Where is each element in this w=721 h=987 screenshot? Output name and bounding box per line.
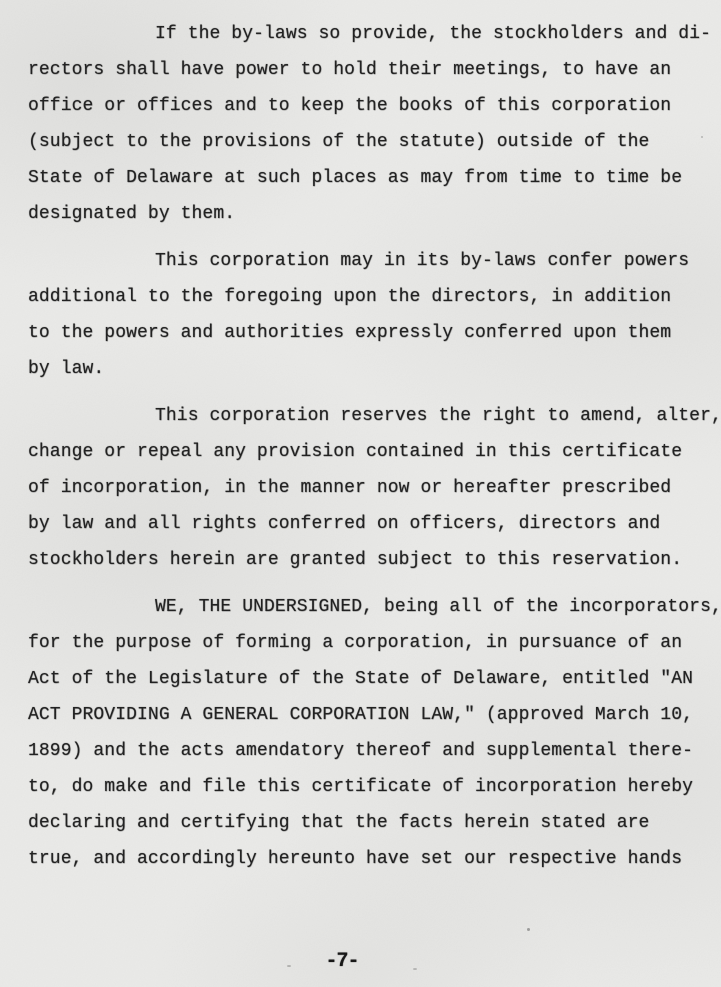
paragraph: If the by-laws so provide, the stockhold… — [28, 16, 698, 232]
text-line: of incorporation, in the manner now or h… — [28, 470, 698, 506]
text-line: ACT PROVIDING A GENERAL CORPORATION LAW,… — [28, 697, 698, 733]
text-line: designated by them. — [28, 196, 698, 232]
text-line: by law and all rights conferred on offic… — [28, 506, 698, 542]
text-line: stockholders herein are granted subject … — [28, 542, 698, 578]
text-line: 1899) and the acts amendatory thereof an… — [28, 733, 698, 769]
text-line: true, and accordingly hereunto have set … — [28, 841, 698, 877]
scan-speck — [701, 136, 703, 138]
text-line: Act of the Legislature of the State of D… — [28, 661, 698, 697]
text-line: to the powers and authorities expressly … — [28, 315, 698, 351]
text-line: State of Delaware at such places as may … — [28, 160, 698, 196]
text-line: WE, THE UNDERSIGNED, being all of the in… — [28, 589, 698, 625]
scan-speck — [527, 928, 530, 931]
text-line: office or offices and to keep the books … — [28, 88, 698, 124]
document-page: If the by-laws so provide, the stockhold… — [0, 0, 721, 987]
paragraph: This corporation may in its by-laws conf… — [28, 243, 698, 387]
text-line: rectors shall have power to hold their m… — [28, 52, 698, 88]
text-line: for the purpose of forming a corporation… — [28, 625, 698, 661]
document-body-text: If the by-laws so provide, the stockhold… — [28, 16, 698, 888]
text-line: This corporation may in its by-laws conf… — [28, 243, 698, 279]
text-line: by law. — [28, 351, 698, 387]
text-line: additional to the foregoing upon the dir… — [28, 279, 698, 315]
page-number: -7- — [0, 950, 684, 973]
text-line: to, do make and file this certificate of… — [28, 769, 698, 805]
text-line: (subject to the provisions of the statut… — [28, 124, 698, 160]
paragraph: WE, THE UNDERSIGNED, being all of the in… — [28, 589, 698, 877]
text-line: declaring and certifying that the facts … — [28, 805, 698, 841]
paragraph: This corporation reserves the right to a… — [28, 398, 698, 578]
text-line: change or repeal any provision contained… — [28, 434, 698, 470]
text-line: If the by-laws so provide, the stockhold… — [28, 16, 698, 52]
text-line: This corporation reserves the right to a… — [28, 398, 698, 434]
